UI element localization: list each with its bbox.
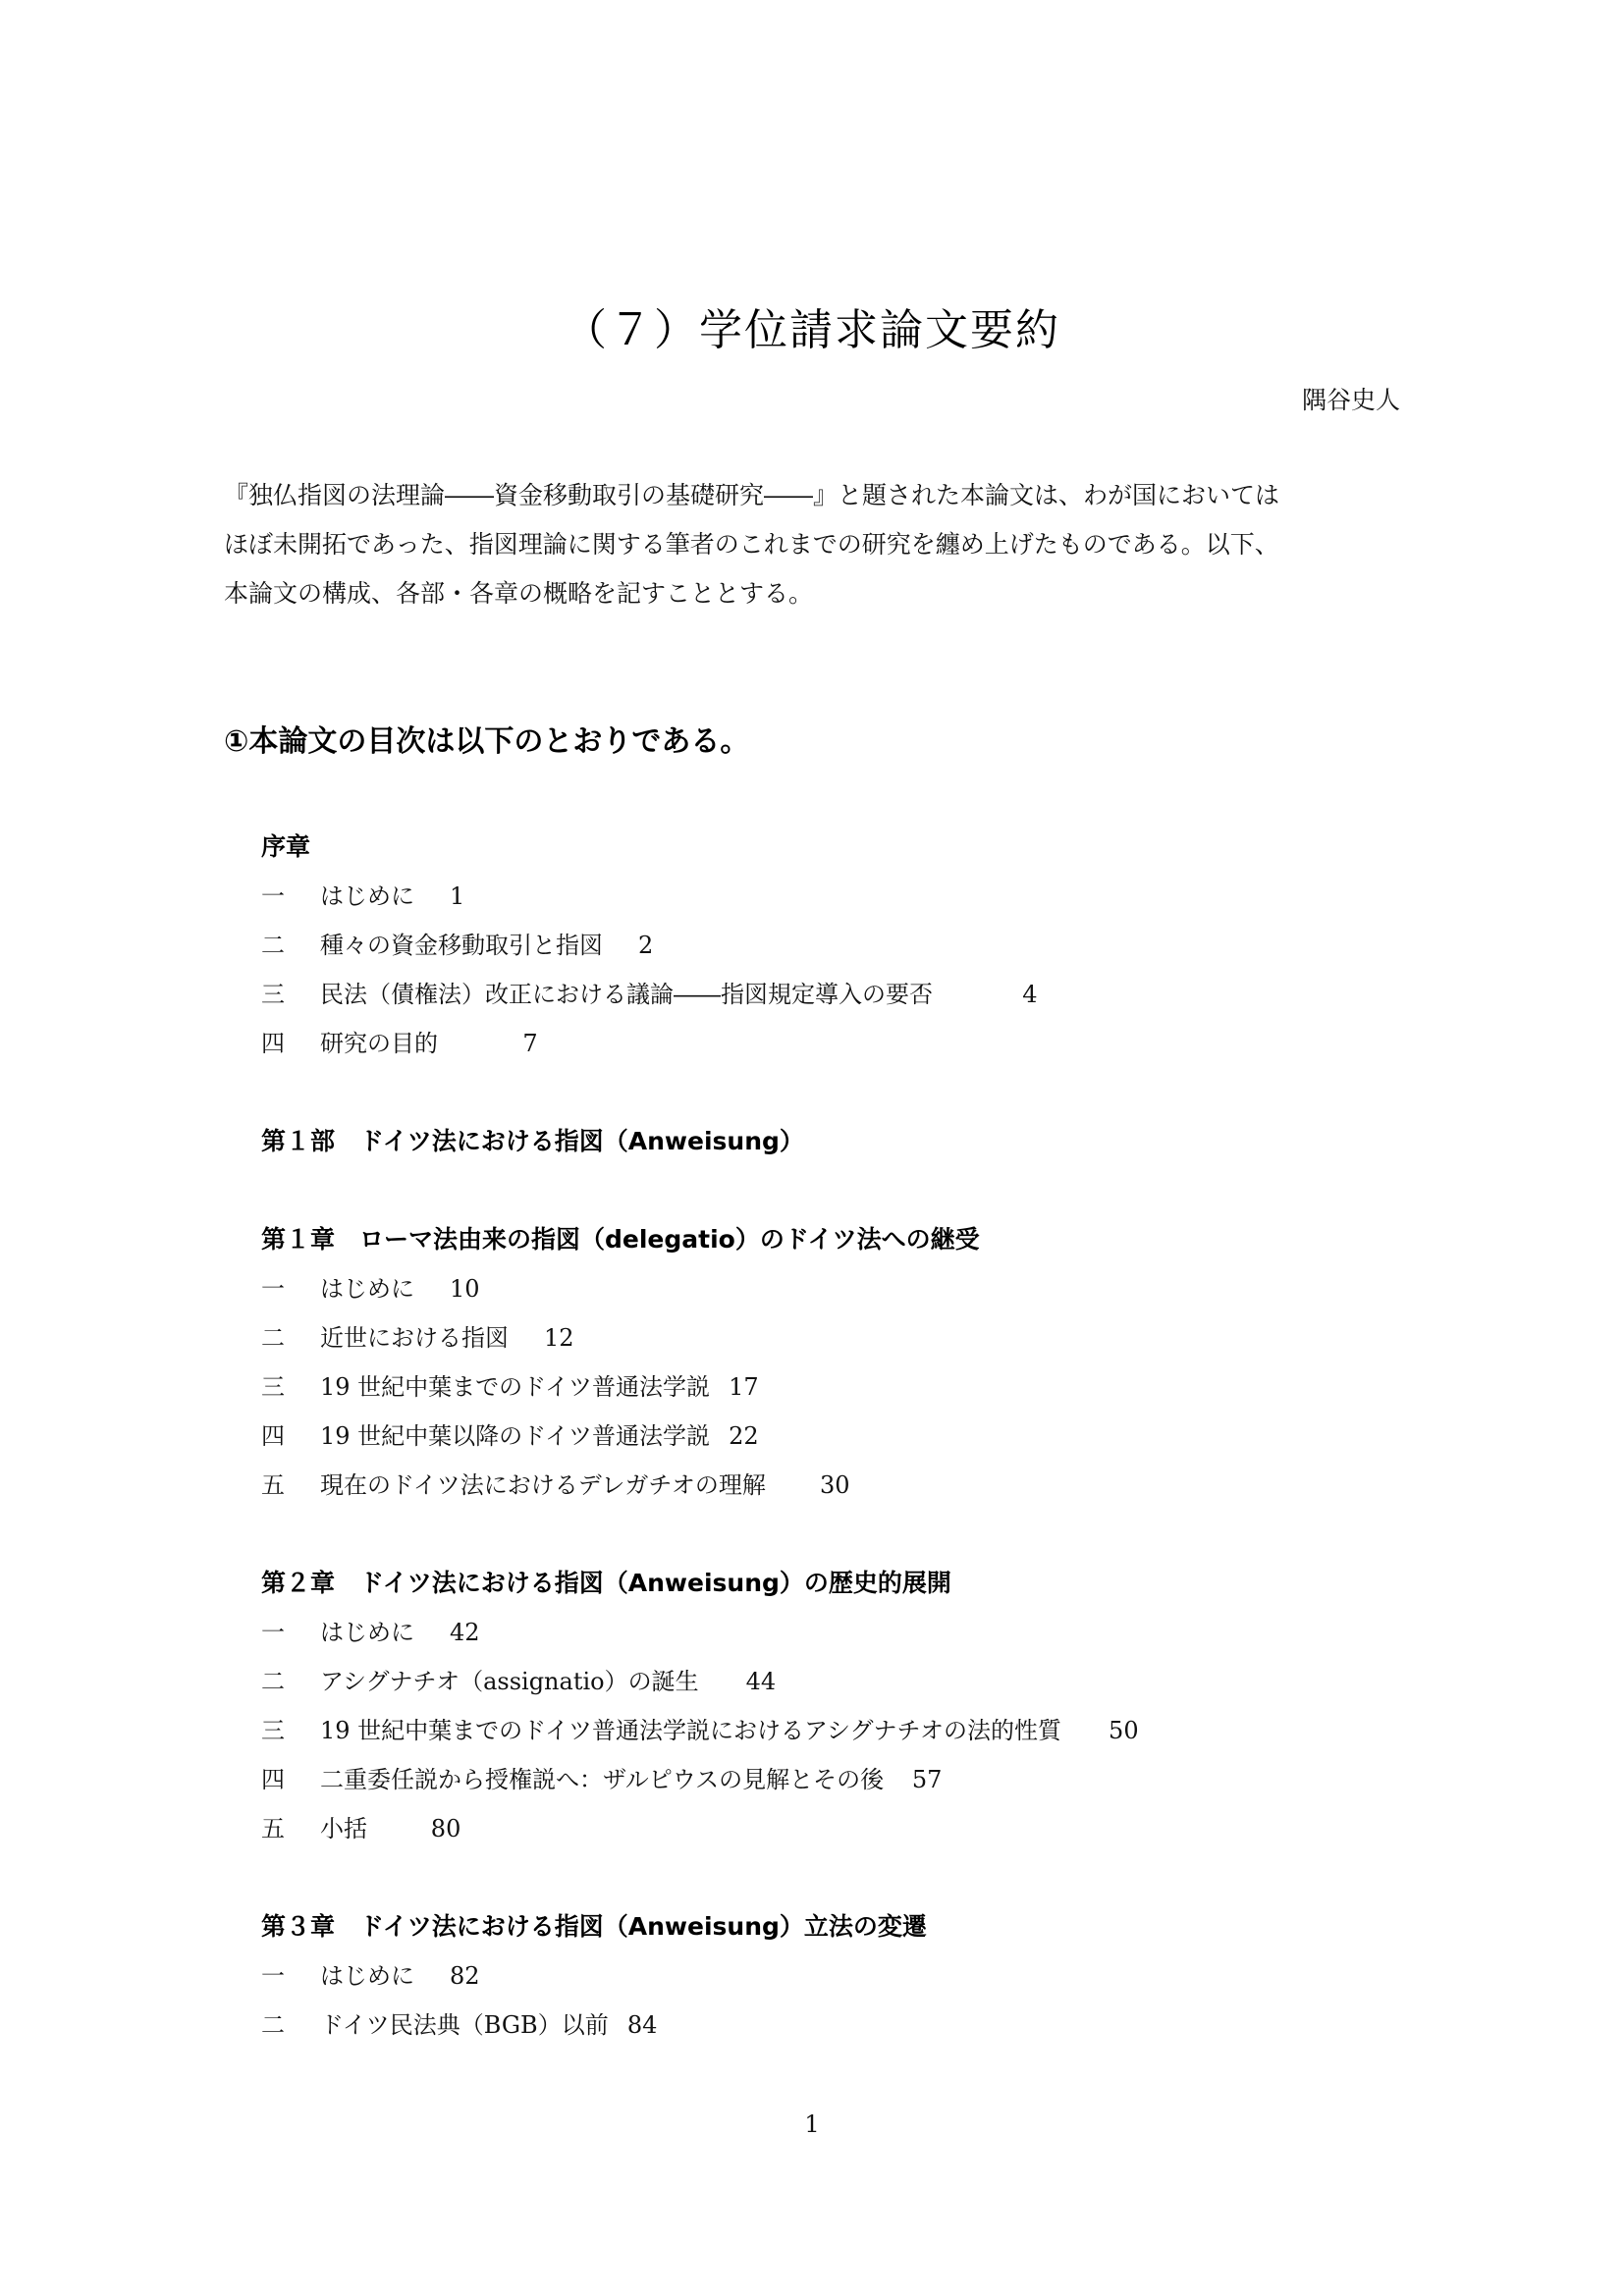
toc-group-chapter3: 第３章 ドイツ法における指図（Anweisung）立法の変遷 一はじめに82二ド… — [261, 1902, 1439, 2050]
toc-entry-number: 五 — [261, 1461, 320, 1510]
toc-entry-page: 17 — [729, 1362, 759, 1412]
toc-entry-number: 一 — [261, 1608, 320, 1657]
toc-heading: 第２章 ドイツ法における指図（Anweisung）の歴史的展開 — [261, 1559, 1439, 1608]
toc-items: 一はじめに82二ドイツ民法典（BGB）以前84 — [261, 1951, 1439, 2050]
toc-entry: 二種々の資金移動取引と指図2 — [261, 921, 1439, 970]
toc-entry-label: 小括 — [320, 1804, 367, 1853]
toc-entry: 四二重委任説から授権説へ：ザルピウスの見解とその後57 — [261, 1755, 1439, 1804]
toc-entry-page: 7 — [522, 1019, 537, 1068]
intro-paragraph: 『独仏指図の法理論――資金移動取引の基礎研究――』と題された本論文は、わが国にお… — [224, 471, 1402, 618]
toc-entry-page: 82 — [450, 1951, 480, 2001]
toc-entry: 二近世における指図12 — [261, 1313, 1439, 1362]
toc-entry-page: 30 — [820, 1461, 850, 1510]
toc-items: 一はじめに10二近世における指図12三19 世紀中葉までのドイツ普通法学説17四… — [261, 1264, 1439, 1510]
toc-entry-number: 三 — [261, 1362, 320, 1412]
toc-entry-label: 現在のドイツ法におけるデレガチオの理解 — [320, 1461, 766, 1510]
intro-line: 本論文の構成、各部・各章の概略を記すこととする。 — [224, 569, 1402, 618]
toc-entry-page: 4 — [1022, 970, 1037, 1019]
page-title: （７）学位請求論文要約 — [0, 294, 1624, 357]
toc-entry-page: 50 — [1109, 1706, 1139, 1755]
toc-entry-label: 19 世紀中葉以降のドイツ普通法学説 — [320, 1412, 710, 1461]
toc-entry-label: 研究の目的 — [320, 1019, 438, 1068]
toc-entry-number: 二 — [261, 921, 320, 970]
toc-entry: 三19 世紀中葉までのドイツ普通法学説におけるアシグナチオの法的性質50 — [261, 1706, 1439, 1755]
toc-entry-label: はじめに — [320, 1264, 414, 1313]
toc-entry-page: 2 — [638, 921, 653, 970]
toc-entry-label: ドイツ民法典（BGB）以前 — [320, 2001, 609, 2050]
toc-entry: 二アシグナチオ（assignatio）の誕生44 — [261, 1657, 1439, 1706]
toc-entry-page: 80 — [431, 1804, 461, 1853]
toc-entry-number: 一 — [261, 1264, 320, 1313]
toc-items: 一はじめに1二種々の資金移動取引と指図2三民法（債権法）改正における議論――指図… — [261, 872, 1439, 1068]
toc-entry: 三19 世紀中葉までのドイツ普通法学説17 — [261, 1362, 1439, 1412]
toc-entry-page: 12 — [544, 1313, 574, 1362]
toc-items: 一はじめに42二アシグナチオ（assignatio）の誕生44三19 世紀中葉ま… — [261, 1608, 1439, 1853]
toc-entry-number: 五 — [261, 1804, 320, 1853]
toc-entry: 五小括80 — [261, 1804, 1439, 1853]
toc-entry-label: 二重委任説から授権説へ：ザルピウスの見解とその後 — [320, 1755, 884, 1804]
toc-entry-label: アシグナチオ（assignatio）の誕生 — [320, 1657, 699, 1706]
intro-line: 『独仏指図の法理論――資金移動取引の基礎研究――』と題された本論文は、わが国にお… — [224, 471, 1402, 520]
toc-entry-label: はじめに — [320, 1951, 414, 2001]
toc-entry-page: 84 — [627, 2001, 658, 2050]
toc-entry-number: 一 — [261, 872, 320, 921]
toc-entry-number: 二 — [261, 1657, 320, 1706]
toc-entry-number: 二 — [261, 2001, 320, 2050]
toc-entry-number: 一 — [261, 1951, 320, 2001]
toc-entry-label: はじめに — [320, 1608, 414, 1657]
toc-group-chapter1: 第１章 ローマ法由来の指図（delegatio）のドイツ法への継受 一はじめに1… — [261, 1215, 1439, 1510]
toc-entry-label: はじめに — [320, 872, 414, 921]
toc-entry: 一はじめに82 — [261, 1951, 1439, 2001]
toc-heading: 第１章 ローマ法由来の指図（delegatio）のドイツ法への継受 — [261, 1215, 1439, 1264]
toc-entry-page: 57 — [912, 1755, 943, 1804]
toc-entry-number: 三 — [261, 970, 320, 1019]
toc-heading: 第３章 ドイツ法における指図（Anweisung）立法の変遷 — [261, 1902, 1439, 1951]
toc-entry: 二ドイツ民法典（BGB）以前84 — [261, 2001, 1439, 2050]
toc-entry-page: 1 — [450, 872, 464, 921]
toc-entry-number: 四 — [261, 1019, 320, 1068]
section-heading-toc: ①本論文の目次は以下のとおりである。 — [224, 717, 749, 760]
page-number: 1 — [0, 2110, 1624, 2138]
toc-entry-page: 22 — [729, 1412, 759, 1461]
toc-heading: 第１部 ドイツ法における指図（Anweisung） — [261, 1117, 1439, 1166]
toc-heading: 序章 — [261, 823, 1439, 872]
toc-entry-label: 種々の資金移動取引と指図 — [320, 921, 603, 970]
toc-group-part1: 第１部 ドイツ法における指図（Anweisung） — [261, 1117, 1439, 1166]
toc-entry-page: 10 — [450, 1264, 480, 1313]
toc-entry: 三民法（債権法）改正における議論――指図規定導入の要否4 — [261, 970, 1439, 1019]
intro-line: ほぼ未開拓であった、指図理論に関する筆者のこれまでの研究を纏め上げたものである。… — [224, 520, 1402, 569]
toc-entry-number: 四 — [261, 1412, 320, 1461]
toc-entry-label: 民法（債権法）改正における議論――指図規定導入の要否 — [320, 970, 933, 1019]
toc-entry: 一はじめに42 — [261, 1608, 1439, 1657]
toc-group-preface: 序章 一はじめに1二種々の資金移動取引と指図2三民法（債権法）改正における議論―… — [261, 823, 1439, 1068]
toc-entry: 一はじめに10 — [261, 1264, 1439, 1313]
toc-entry-label: 19 世紀中葉までのドイツ普通法学説におけるアシグナチオの法的性質 — [320, 1706, 1061, 1755]
toc-entry-number: 二 — [261, 1313, 320, 1362]
toc-entry-number: 四 — [261, 1755, 320, 1804]
toc-entry: 四研究の目的7 — [261, 1019, 1439, 1068]
table-of-contents: 序章 一はじめに1二種々の資金移動取引と指図2三民法（債権法）改正における議論―… — [261, 823, 1439, 2050]
toc-entry-page: 44 — [746, 1657, 777, 1706]
author-name: 隅谷史人 — [1302, 381, 1400, 416]
toc-entry-number: 三 — [261, 1706, 320, 1755]
toc-entry: 一はじめに1 — [261, 872, 1439, 921]
toc-entry: 四19 世紀中葉以降のドイツ普通法学説22 — [261, 1412, 1439, 1461]
toc-entry-page: 42 — [450, 1608, 480, 1657]
toc-group-chapter2: 第２章 ドイツ法における指図（Anweisung）の歴史的展開 一はじめに42二… — [261, 1559, 1439, 1853]
toc-entry-label: 近世における指図 — [320, 1313, 509, 1362]
toc-entry-label: 19 世紀中葉までのドイツ普通法学説 — [320, 1362, 710, 1412]
toc-entry: 五現在のドイツ法におけるデレガチオの理解30 — [261, 1461, 1439, 1510]
